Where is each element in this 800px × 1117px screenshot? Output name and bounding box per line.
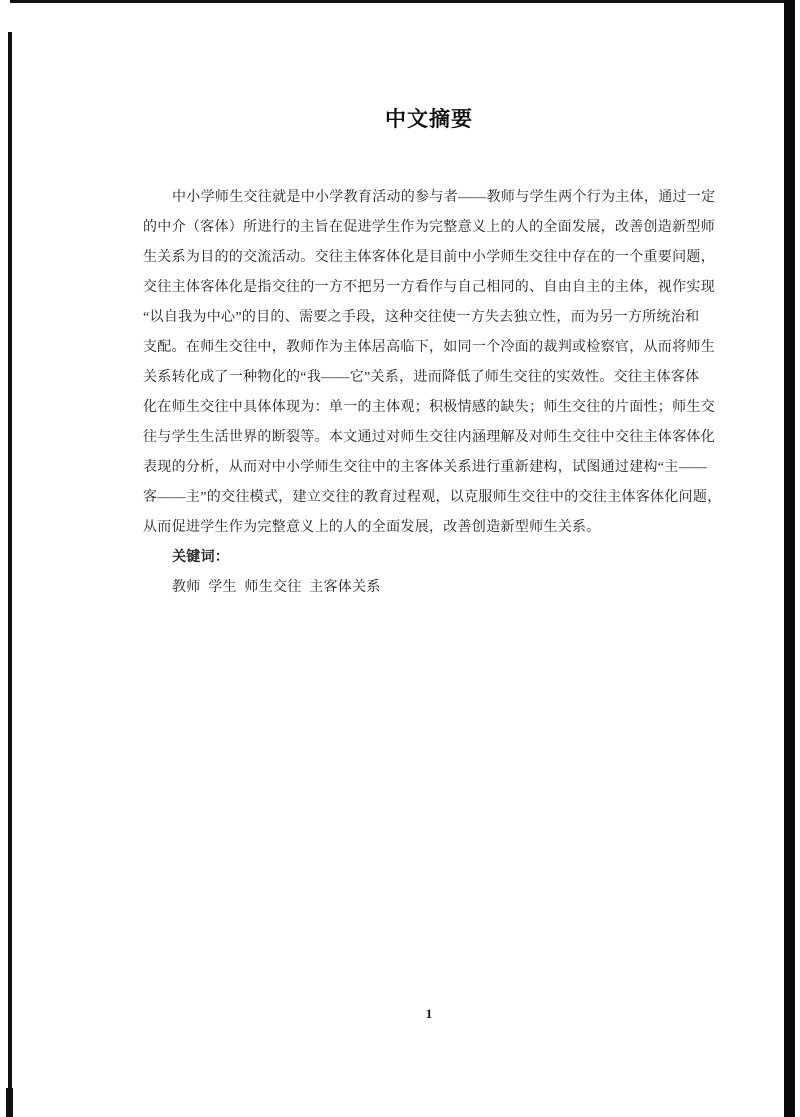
scan-artifact-top-edge — [10, 0, 788, 3]
scan-artifact-bottom-left — [6, 1088, 13, 1117]
keywords-list: 教师 学生 师生交往 主客体关系 — [143, 573, 723, 603]
scan-artifact-right-edge — [784, 0, 795, 1117]
abstract-line: 交往主体客体化是指交往的一方不把另一方看作与自己相同的、自由自主的主体，视作实现 — [143, 273, 723, 303]
abstract-line: 从而促进学生作为完整意义上的人的全面发展，改善创造新型师生关系。 — [143, 513, 723, 543]
abstract-line: 的中介（客体）所进行的主旨在促进学生作为完整意义上的人的全面发展，改善创造新型师 — [143, 213, 723, 243]
keywords-label: 关键词： — [143, 543, 723, 573]
abstract-line: 关系转化成了一种物化的“我——它”关系，进而降低了师生交往的实效性。交往主体客体 — [143, 363, 723, 393]
abstract-line: 中小学师生交往就是中小学教育活动的参与者——教师与学生两个行为主体，通过一定 — [143, 183, 723, 213]
abstract-line: 化在师生交往中具体体现为：单一的主体观；积极情感的缺失；师生交往的片面性；师生交 — [143, 393, 723, 423]
abstract-line: 表现的分析，从而对中小学师生交往中的主客体关系进行重新建构，试图通过建构“主—— — [143, 453, 723, 483]
abstract-line: 客——主”的交往模式，建立交往的教育过程观，以克服师生交往中的交往主体客体化问题… — [143, 483, 723, 513]
abstract-line: 支配。在师生交往中，教师作为主体居高临下，如同一个冷面的裁判或检察官，从而将师生 — [143, 333, 723, 363]
abstract-body: 中小学师生交往就是中小学教育活动的参与者——教师与学生两个行为主体，通过一定 的… — [143, 183, 723, 603]
abstract-line: “以自我为中心”的目的、需要之手段，这种交往使一方失去独立性，而为另一方所统治和 — [143, 303, 723, 333]
page-number: 1 — [143, 1006, 715, 1022]
abstract-line: 生关系为目的的交流活动。交往主体客体化是目前中小学师生交往中存在的一个重要问题， — [143, 243, 723, 273]
scan-artifact-left-edge — [8, 32, 12, 1117]
document-page: 中文摘要 中小学师生交往就是中小学教育活动的参与者——教师与学生两个行为主体，通… — [0, 0, 800, 1117]
abstract-line: 往与学生生活世界的断裂等。本文通过对师生交往内涵理解及对师生交往中交往主体客体化 — [143, 423, 723, 453]
page-title: 中文摘要 — [143, 103, 715, 133]
